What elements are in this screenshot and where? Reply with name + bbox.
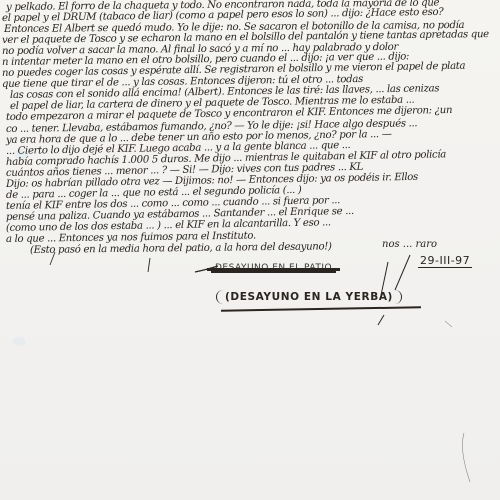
manuscript-page: y pelkado. El forro de la chaqueta y tod… bbox=[0, 0, 500, 500]
pen-strokes bbox=[0, 0, 500, 500]
